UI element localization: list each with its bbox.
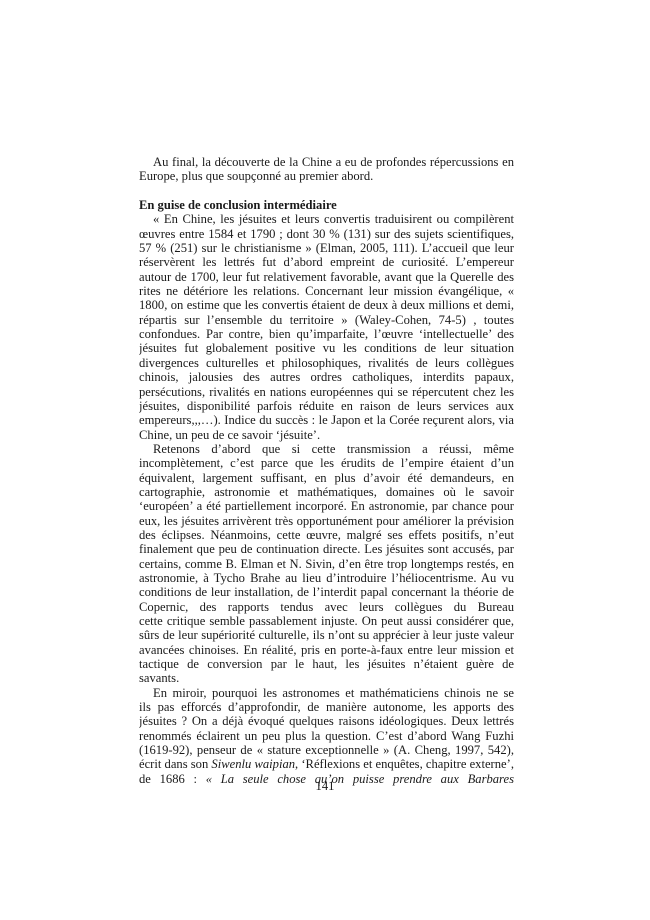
text-line: astronomie, à Tycho Brahe au lieu d’intr…: [139, 571, 514, 585]
text-line: Chine, un peu de ce savoir ‘jésuite’.: [139, 428, 514, 442]
text-line: jésuites fut globalement positive vu les…: [139, 341, 514, 355]
page-number: 141: [0, 779, 650, 794]
text-line: équivalent, largement suffisant, en plus…: [139, 471, 514, 485]
text-line: cette critique semble passablement injus…: [139, 614, 514, 628]
text-line: conditions de leur installation, de l’in…: [139, 585, 514, 599]
text-line: cartographie, astronomie et mathématique…: [139, 485, 514, 499]
text-line: renommés éclairent un peu plus la questi…: [139, 729, 514, 743]
text-line: des éclipses. Néanmoins, cette œuvre, ma…: [139, 528, 514, 542]
text-line: répartis sur l’ensemble du territoire » …: [139, 313, 514, 327]
text-line: sûrs de leur supériorité culturelle, ils…: [139, 628, 514, 642]
text-line: savants.: [139, 671, 514, 685]
text-line: avancées chinoises. En réalité, pris en …: [139, 643, 514, 657]
text-line: œuvres entre 1584 et 1790 ; dont 30 % (1…: [139, 227, 514, 241]
blank-line: [139, 184, 514, 198]
text-line: Retenons d’abord que si cette transmissi…: [139, 442, 514, 456]
text-line: tactique de conversion par le haut, les …: [139, 657, 514, 671]
text-line: ils pas efforcés d’approfondir, de maniè…: [139, 700, 514, 714]
text-line: 1800, on estime que les convertis étaien…: [139, 298, 514, 312]
text-line: persécutions, rivalités en nations europ…: [139, 385, 514, 399]
text-line: réservèrent les lettrés fut d’abord empr…: [139, 255, 514, 269]
text-fragment: , ‘Réflexions et enquêtes, chapitre exte…: [295, 757, 514, 771]
text-line: Au final, la découverte de la Chine a eu…: [139, 155, 514, 169]
text-line: « En Chine, les jésuites et leurs conver…: [139, 212, 514, 226]
text-line: divergences culturelles et philosophique…: [139, 356, 514, 370]
text-line: incomplètement, c’est parce que les érud…: [139, 456, 514, 470]
text-line: jésuites, disponibilité parfois réduite …: [139, 399, 514, 413]
text-line: (1619-92), penseur de « stature exceptio…: [139, 743, 514, 757]
text-line: ‘européen’ a été partiellement incorporé…: [139, 499, 514, 513]
paragraph-3: En miroir, pourquoi les astronomes et ma…: [139, 686, 514, 786]
text-line: chinois, jalousies des autres ordres cat…: [139, 370, 514, 384]
text-fragment: écrit dans son: [139, 757, 211, 771]
text-line: rites ne détériore les relations. Concer…: [139, 284, 514, 298]
text-line: Europe, plus que soupçonné au premier ab…: [139, 169, 514, 183]
text-line: eux, les jésuites arrivèrent très opport…: [139, 514, 514, 528]
book-title: Siwenlu waipian: [211, 757, 295, 771]
text-line: jésuites ? On a déjà évoqué quelques rai…: [139, 714, 514, 728]
text-line: Copernic, des rapports tendus avec leurs…: [139, 600, 514, 614]
text-line: certains, comme B. Elman et N. Sivin, d’…: [139, 557, 514, 571]
text-line: empereurs,,,…). Indice du succès : le Ja…: [139, 413, 514, 427]
paragraph-2: Retenons d’abord que si cette transmissi…: [139, 442, 514, 686]
text-line: autour de 1700, leur fut relativement fa…: [139, 270, 514, 284]
document-page: Au final, la découverte de la Chine a eu…: [0, 0, 650, 920]
text-line: 57 % (251) sur le christianisme » (Elman…: [139, 241, 514, 255]
paragraph-1: « En Chine, les jésuites et leurs conver…: [139, 212, 514, 442]
intro-paragraph: Au final, la découverte de la Chine a eu…: [139, 155, 514, 184]
body-text: Au final, la découverte de la Chine a eu…: [139, 155, 514, 786]
text-line: En miroir, pourquoi les astronomes et ma…: [139, 686, 514, 700]
text-line: finalement que peu de continuation direc…: [139, 542, 514, 556]
text-line-with-title: écrit dans son Siwenlu waipian, ‘Réflexi…: [139, 757, 514, 771]
text-line: confondues. Par contre, bien qu’imparfai…: [139, 327, 514, 341]
section-heading: En guise de conclusion intermédiaire: [139, 198, 514, 212]
